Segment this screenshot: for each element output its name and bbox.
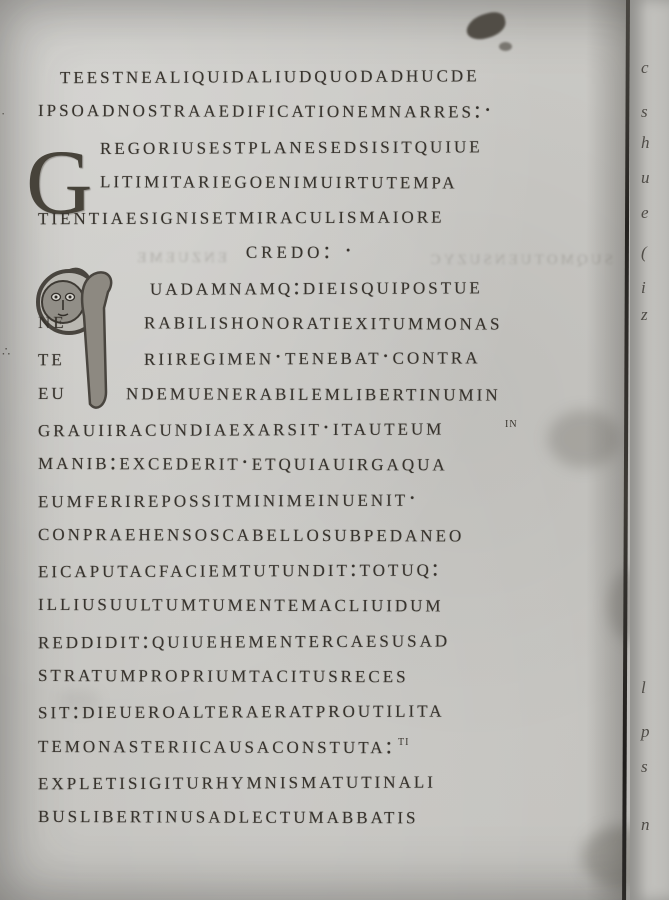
facing-letter-fragment: z: [641, 305, 648, 325]
facing-letter-fragment: u: [641, 168, 650, 188]
text-line: illiusuultumtumentemacliuidum: [38, 586, 624, 623]
line-body: rabilishonoratiexitummonas: [144, 308, 503, 335]
line-prefix: ne: [38, 304, 144, 340]
margin-mark: ∴: [2, 344, 10, 360]
text-line: teriiregimen·tenebat·contra: [38, 339, 624, 377]
text-line: expletisigiturhymnismatutinali: [38, 763, 624, 801]
line-body: ndemuenerabilemlibertinumin: [126, 379, 501, 406]
facing-letter-fragment: l: [641, 678, 646, 698]
facing-letter-fragment: c: [641, 58, 649, 78]
line-prefix: eu: [38, 375, 126, 411]
text-line: temonasteriicausaconstuta:: [38, 728, 624, 765]
text-line: teestnealiquidaliudquodadhucde: [38, 57, 624, 95]
text-line: litimitariegoenimuirtutempa: [38, 163, 624, 200]
facing-letter-fragment: e: [641, 203, 649, 223]
text-line: manib:excederit·etquiauirgaqua: [38, 445, 624, 482]
facing-letter-fragment: s: [641, 757, 648, 777]
text-line: buslibertinusadlectumabbatis: [38, 798, 624, 835]
margin-mark: ·: [1, 106, 5, 122]
facing-letter-fragment: (: [641, 243, 647, 263]
text-line: conpraehensoscabellosubpedaneo: [38, 516, 624, 553]
text-line: nerabilishonoratiexitummonas: [38, 304, 624, 341]
text-line: ipsoadnostraaedificationemnarres:·: [38, 92, 624, 129]
text-line: stratumpropriumtacitusreces: [38, 657, 624, 694]
facing-letter-fragment: n: [641, 815, 650, 835]
superscript-correction: ti: [398, 734, 409, 750]
text-line: eumferirepossitminimeinuenit·: [38, 480, 624, 518]
facing-letter-fragment: p: [641, 722, 650, 742]
facing-letter-fragment: s: [641, 102, 648, 122]
superscript-correction: in: [505, 416, 518, 432]
text-line: sit:dieueroalteraeratproutilita: [38, 692, 624, 730]
text-line: eundemuenerabilemlibertinumin: [38, 375, 624, 412]
line-prefix: te: [38, 341, 144, 377]
manuscript-photo: enzueme suqmotuensuzyc G teestnealiquida…: [0, 0, 669, 900]
facing-letter-fragment: h: [641, 133, 650, 153]
facing-letter-fragment: i: [641, 278, 646, 298]
ink-blot: [464, 10, 509, 43]
gutter-shadow: [586, 0, 626, 900]
text-line: regoriusestplanesedsisitquiue: [38, 127, 624, 165]
text-line-credo: credo: ·: [38, 233, 624, 270]
line-body: riiregimen·tenebat·contra: [144, 344, 481, 371]
ink-blot-small: [499, 42, 512, 51]
text-line: grauiiracundiaexarsit·itauteum: [38, 410, 624, 448]
text-line: tientiaesignisetmiraculismaiore: [38, 198, 624, 236]
text-line: reddidit:quiuehementercaesusad: [38, 621, 624, 659]
text-column: teestnealiquidaliudquodadhucde ipsoadnos…: [38, 58, 624, 835]
facing-page-sliver: c s h u e ( i z l p s n: [630, 0, 669, 900]
text-line: uadamnamq:dieisquipostue: [38, 269, 624, 307]
text-line: eicaputacfaciemtutundit:totuq:: [38, 551, 624, 589]
